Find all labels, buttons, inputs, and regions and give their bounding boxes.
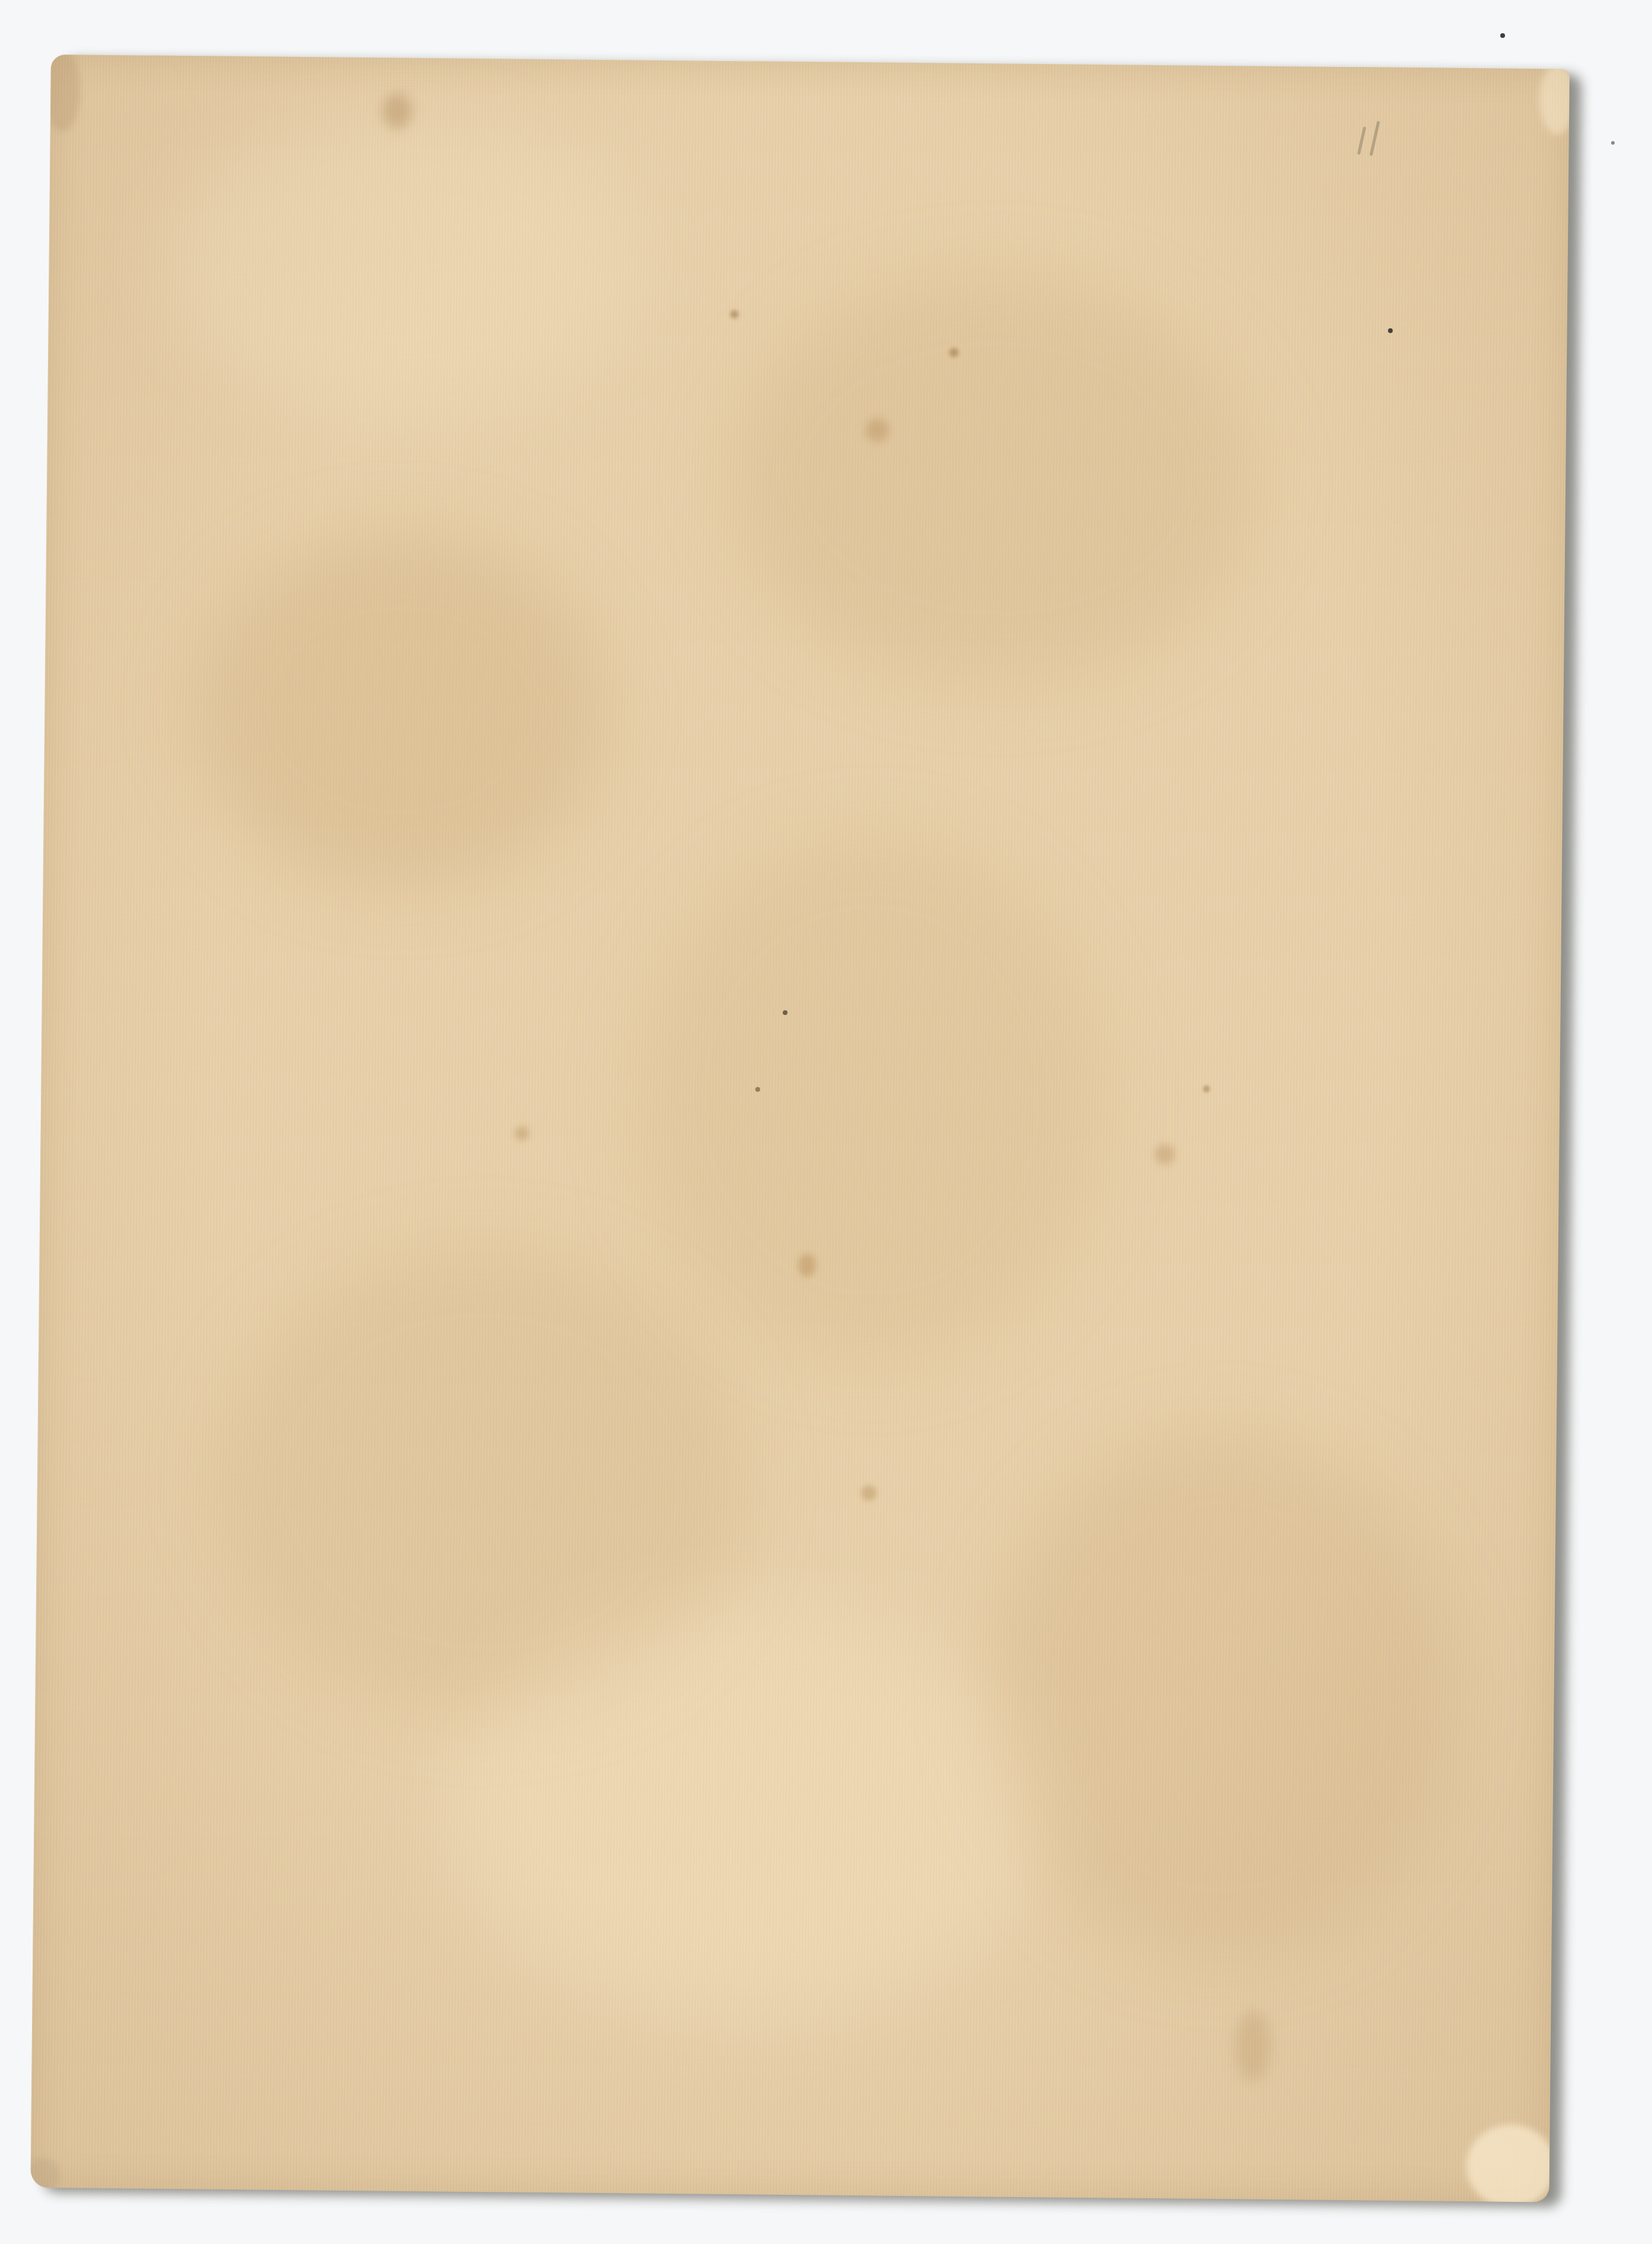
lighter-patch: [447, 1600, 1044, 2021]
foxing-spot: [515, 1126, 529, 1141]
scanner-dust: [1500, 33, 1505, 38]
corner-wear: [1539, 63, 1570, 135]
foxing-spot: [1388, 328, 1393, 333]
pencil-mark: [1357, 126, 1366, 155]
aging-patch: [727, 269, 1264, 689]
foxing-spot: [1235, 2010, 1271, 2082]
foxing-spot: [1203, 1086, 1210, 1093]
foxing-spot: [798, 1253, 816, 1277]
pencil-mark: [1369, 121, 1380, 157]
foxing-spot: [382, 93, 413, 129]
foxing-spot: [755, 1087, 760, 1091]
lighter-patch: [166, 115, 643, 416]
aging-patch: [631, 831, 1111, 1370]
foxing-spot: [1155, 1144, 1175, 1164]
foxing-spot: [865, 418, 889, 442]
paper-grain-texture: [30, 55, 1569, 2202]
corner-wear: [1466, 2124, 1555, 2202]
scanner-dust: [1611, 141, 1615, 145]
foxing-spot: [861, 1485, 877, 1501]
aging-patch: [213, 1242, 751, 1722]
foxing-spot: [783, 1010, 788, 1015]
foxing-spot: [730, 310, 739, 318]
aging-patch: [191, 530, 610, 890]
foxing-spot: [949, 348, 958, 357]
aging-patch: [981, 1427, 1461, 1965]
blank-card-back: [30, 55, 1569, 2202]
